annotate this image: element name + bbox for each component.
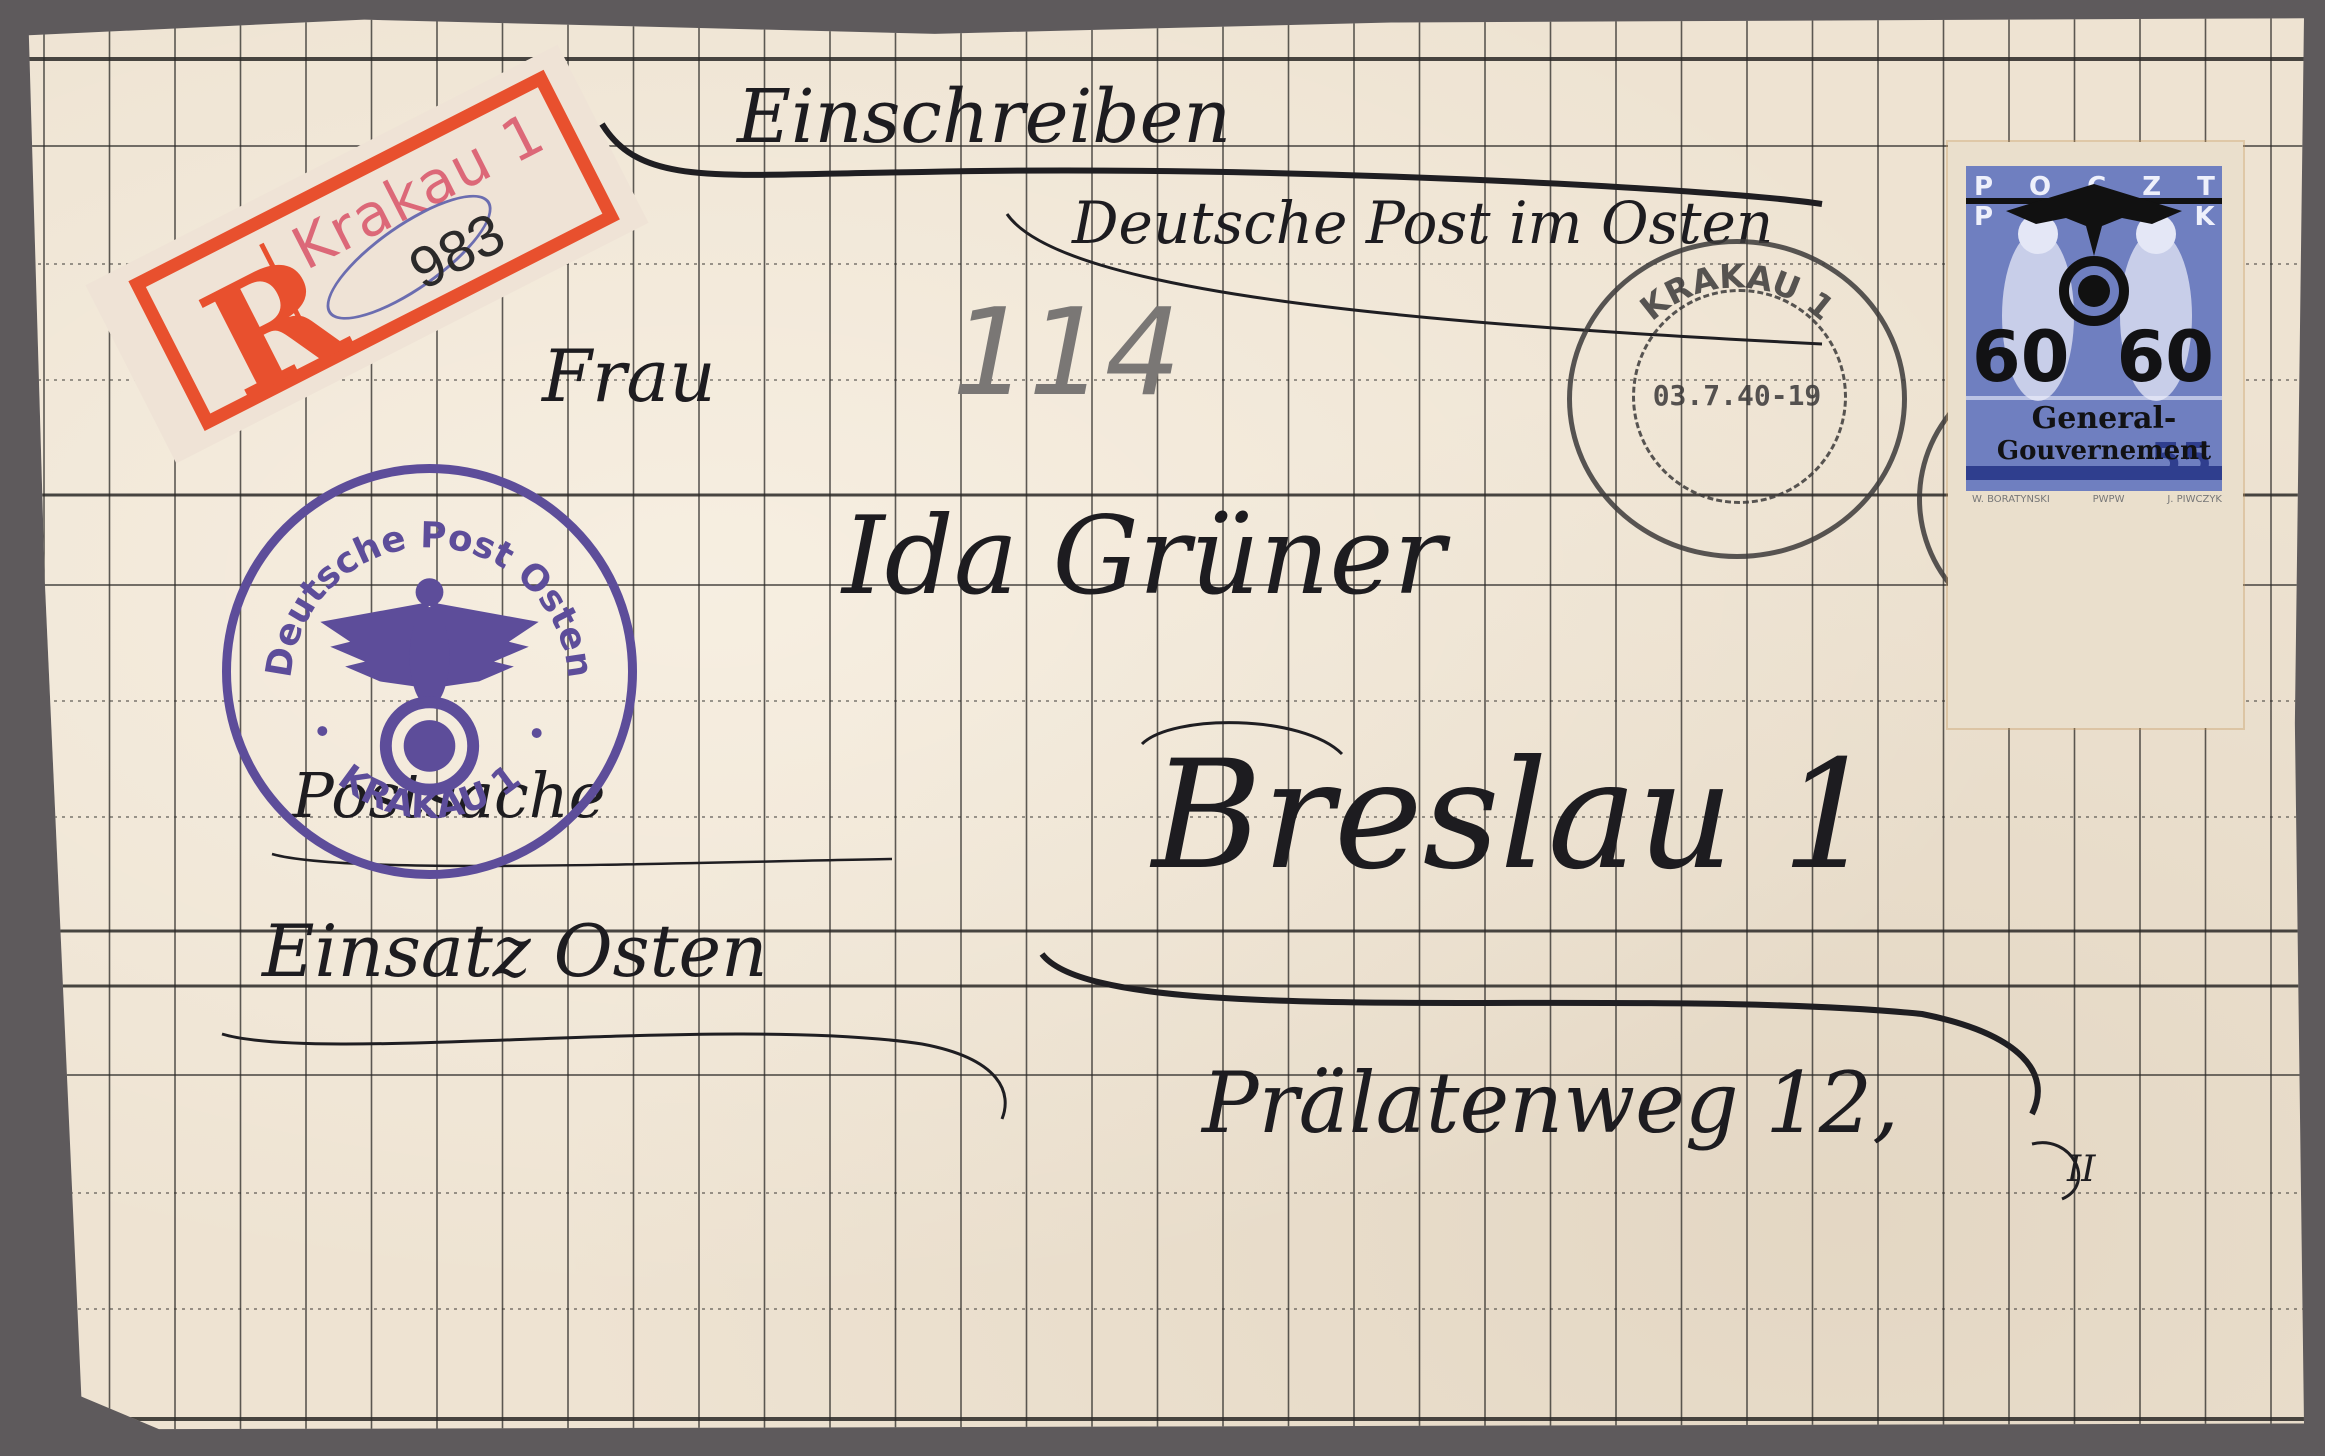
- overprint-value-right: 60: [2117, 316, 2214, 398]
- imprint-engraver: J. PIWCZYK: [2167, 494, 2222, 505]
- service-marking-registered: Einschreiben: [737, 74, 1231, 160]
- addressee-floor: II: [2067, 1149, 2095, 1190]
- registration-r-box: R: [165, 243, 316, 395]
- imprint-designer: W. BORATYNSKI: [1972, 494, 2050, 505]
- envelope: R Krakau 1 983 Einschreiben Deutsche Pos…: [22, 14, 2304, 1432]
- overprint-line-2: Gouvernement: [1994, 436, 2214, 466]
- addressee-salutation: Frau: [542, 334, 716, 418]
- stamp-bottom-bar: [1966, 466, 2222, 480]
- postmark-1: KRAKAU 1 03.7.40-19: [1567, 239, 1907, 559]
- pencil-note: 114: [952, 284, 1181, 423]
- overprint-value-left: 60: [1972, 316, 2069, 398]
- stamp-design: POCZTA POLSKA 60 60 55 General- Gouverne…: [1966, 166, 2222, 491]
- svg-text:KRAKAU 1: KRAKAU 1: [1633, 256, 1842, 328]
- sender-line-2: Einsatz Osten: [262, 909, 767, 993]
- addressee-city: Breslau 1: [1152, 729, 1877, 903]
- addressee-name: Ida Grüner: [842, 494, 1445, 619]
- stamp-imprint: W. BORATYNSKI PWPW J. PIWCZYK: [1972, 494, 2222, 505]
- postage-stamp: POCZTA POLSKA 60 60 55 General- Gouverne…: [1948, 142, 2243, 728]
- overprint-line-1: General-: [1994, 404, 2214, 434]
- eagle-wreath-emblem-icon: Deutsche Post Osten KRAKAU 1: [231, 473, 628, 870]
- addressee-street: Prälatenweg 12,: [1202, 1054, 1899, 1152]
- postmark-1-date: 03.7.40-19: [1572, 379, 1902, 412]
- official-seal: Deutsche Post Osten KRAKAU 1: [222, 464, 637, 879]
- imprint-printer: PWPW: [2093, 494, 2125, 505]
